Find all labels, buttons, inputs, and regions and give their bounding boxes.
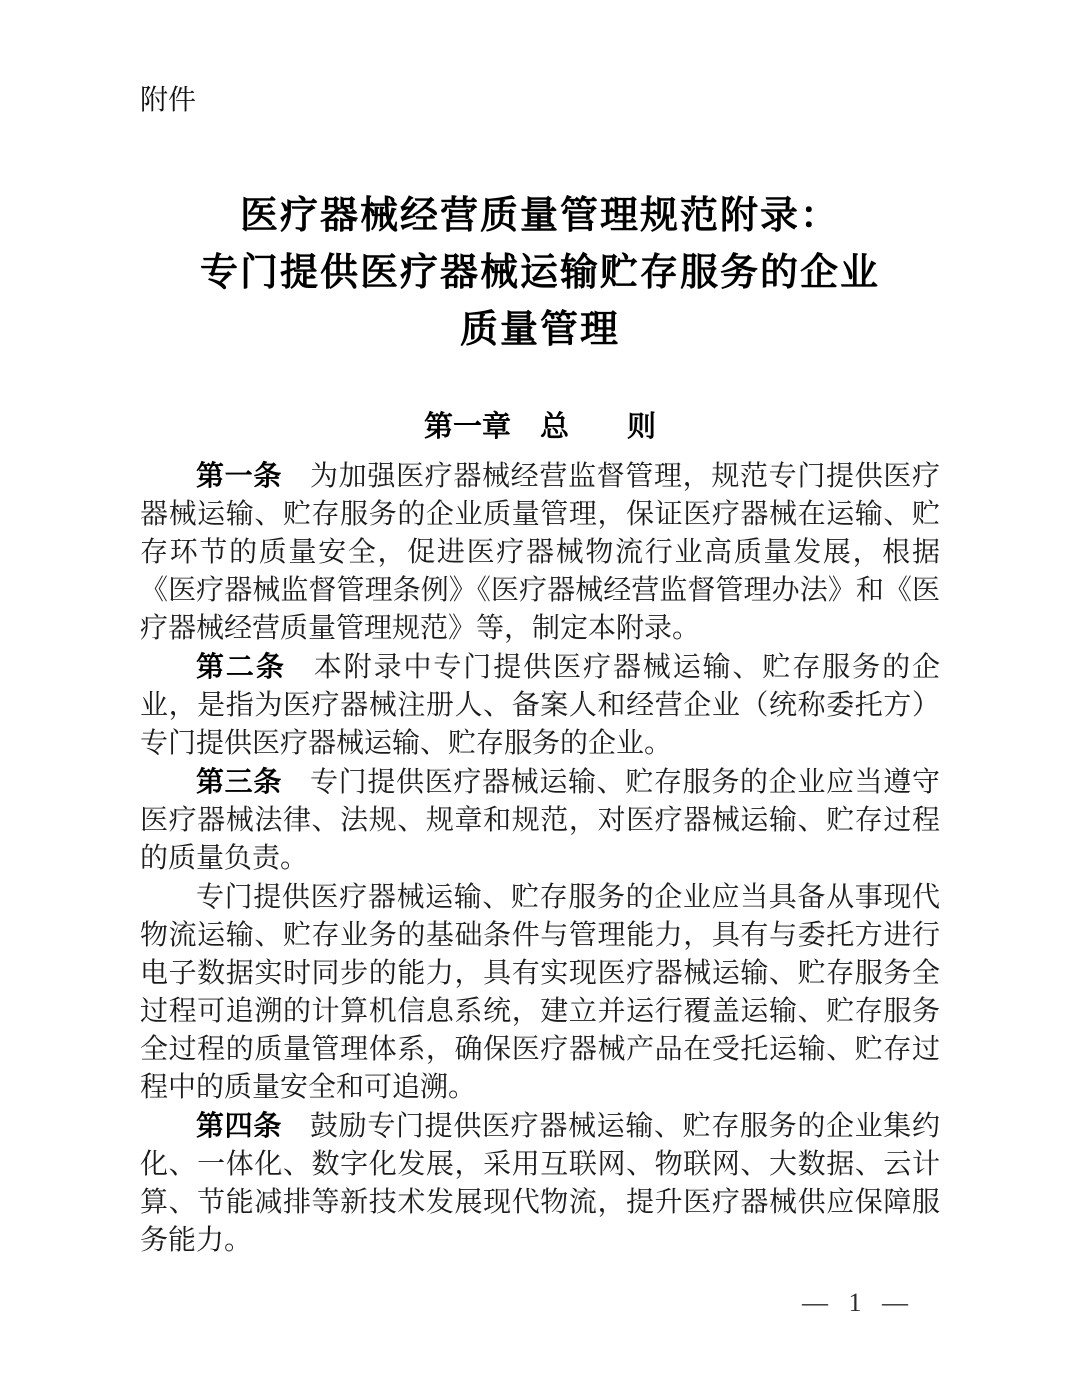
article-number: 第二条	[196, 651, 286, 682]
article-paragraph: 第二条本附录中专门提供医疗器械运输、贮存服务的企业，是指为医疗器械注册人、备案人…	[140, 648, 940, 763]
page-number: — 1 —	[802, 1288, 912, 1318]
document-page: 附件 医疗器械经营质量管理规范附录： 专门提供医疗器械运输贮存服务的企业 质量管…	[0, 0, 1080, 1400]
article-paragraph: 第四条鼓励专门提供医疗器械运输、贮存服务的企业集约化、一体化、数字化发展，采用互…	[140, 1107, 940, 1260]
page-content: 附件 医疗器械经营质量管理规范附录： 专门提供医疗器械运输贮存服务的企业 质量管…	[0, 0, 1080, 1260]
document-title-line-3: 质量管理	[140, 302, 940, 359]
article-number: 第一条	[196, 460, 282, 491]
article-paragraph: 第一条为加强医疗器械经营监督管理，规范专门提供医疗器械运输、贮存服务的企业质量管…	[140, 457, 940, 648]
article-paragraph: 专门提供医疗器械运输、贮存服务的企业应当具备从事现代物流运输、贮存业务的基础条件…	[140, 878, 940, 1107]
document-title-line-1: 医疗器械经营质量管理规范附录：	[140, 188, 940, 245]
document-title: 医疗器械经营质量管理规范附录： 专门提供医疗器械运输贮存服务的企业 质量管理	[140, 188, 940, 359]
document-title-line-2: 专门提供医疗器械运输贮存服务的企业	[140, 245, 940, 302]
chapter-heading: 第一章 总 则	[140, 407, 940, 447]
attachment-label: 附件	[140, 84, 940, 118]
article-number: 第三条	[196, 766, 282, 797]
article-paragraph: 第三条专门提供医疗器械运输、贮存服务的企业应当遵守医疗器械法律、法规、规章和规范…	[140, 763, 940, 878]
document-body: 第一条为加强医疗器械经营监督管理，规范专门提供医疗器械运输、贮存服务的企业质量管…	[140, 457, 940, 1260]
article-text: 专门提供医疗器械运输、贮存服务的企业应当具备从事现代物流运输、贮存业务的基础条件…	[140, 882, 940, 1103]
article-number: 第四条	[196, 1110, 282, 1141]
